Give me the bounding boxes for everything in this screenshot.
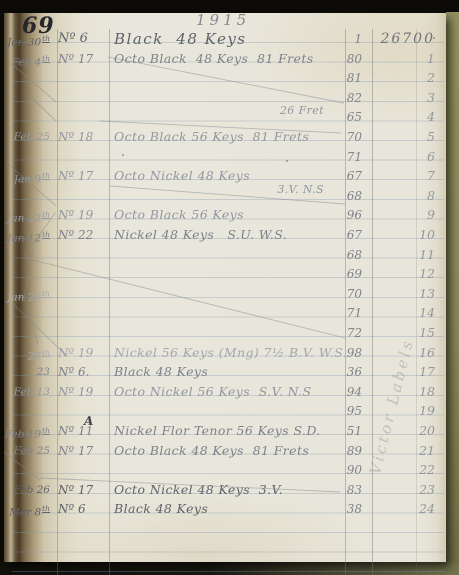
entry-date <box>4 187 52 207</box>
quantity-value: 72 <box>340 324 367 344</box>
entry-date <box>4 402 52 422</box>
quantity-value: 68 <box>340 246 367 266</box>
model-number <box>54 148 104 168</box>
serial-value: 23 <box>367 481 440 501</box>
entry-date: 25th <box>4 344 52 364</box>
entry-date <box>4 89 52 109</box>
quantity-value: 65 <box>340 108 367 128</box>
date-ordinal: th <box>42 426 50 435</box>
model-number <box>54 69 104 89</box>
quantity-value: 80 <box>340 50 367 70</box>
quantity-value: 67 <box>340 167 367 187</box>
model-number <box>54 402 104 422</box>
entry-date <box>4 461 52 481</box>
model-number <box>54 461 104 481</box>
ledger-row: Jan 29th 70 13 <box>4 285 442 305</box>
model-number: Nº 6 <box>54 30 104 50</box>
entry-date <box>4 265 52 285</box>
entry-date <box>4 148 52 168</box>
model-number: Nº 17 <box>54 481 104 501</box>
quantity-value: 51 <box>340 422 367 442</box>
entry-description: Octo Nickel 48 Keys 3.V. <box>104 481 340 501</box>
entry-date: Jan 30th <box>4 30 52 50</box>
model-number: Nº 6. <box>54 363 104 383</box>
entry-description <box>104 304 340 324</box>
serial-value: 26700 <box>367 30 440 50</box>
quantity-value: 71 <box>340 148 367 168</box>
model-number: Nº 6 <box>54 500 104 520</box>
entry-description: Octo Black 48 Keys 81 Frets <box>104 442 340 462</box>
ledger-row: Jan 30th Nº 6 Black 48 Keys 1 26700 <box>4 30 442 50</box>
model-number: Nº 17 <box>54 50 104 70</box>
ledger-row: Jan 12th Nº 19 Octo Black 56 Keys 96 9 <box>4 206 442 226</box>
entry-date: Jan 29th <box>4 285 52 305</box>
serial-value: 3 <box>367 89 440 109</box>
model-number <box>54 285 104 305</box>
entry-date <box>4 324 52 344</box>
model-number <box>54 187 104 207</box>
entry-description: Black 48 Keys <box>104 30 340 50</box>
date-ordinal: th <box>42 210 50 219</box>
entry-description <box>104 285 340 305</box>
entry-date <box>4 304 52 324</box>
ledger-row: 23 Nº 6. Black 48 Keys 36 17 <box>4 363 442 383</box>
model-number <box>54 89 104 109</box>
serial-value: 7 <box>367 167 440 187</box>
entry-date <box>4 108 52 128</box>
entry-date: Feb 19th <box>4 422 52 442</box>
quantity-value: 69 <box>340 265 367 285</box>
entry-description <box>104 461 340 481</box>
serial-value: 6 <box>367 148 440 168</box>
date-ordinal: th <box>42 34 50 43</box>
entry-description <box>104 148 340 168</box>
date-ordinal: th <box>42 54 50 63</box>
model-number: Nº 19 <box>54 206 104 226</box>
entry-date: Feb 25 <box>4 442 52 462</box>
serial-value: 2 <box>367 69 440 89</box>
serial-value: 8 <box>367 187 440 207</box>
date-ordinal: th <box>42 230 50 239</box>
ledger-row: 81 2 <box>4 69 442 89</box>
entry-date: Feb 26 <box>4 481 52 501</box>
insertion-mark: A <box>84 412 93 430</box>
entry-date: 23 <box>4 363 52 383</box>
entry-description: 26 Fret <box>104 108 340 128</box>
quantity-value: 89 <box>340 442 367 462</box>
entry-date: Mar 8th <box>4 500 52 520</box>
entry-date: Feb 13 <box>4 383 52 403</box>
serial-value: 4 <box>367 108 440 128</box>
ledger-row: Feb 13 Nº 19 Octo Nickel 56 Keys S.V. N.… <box>4 383 442 403</box>
entry-description: Nickel Flor Tenor 56 Keys S.D. <box>104 422 340 442</box>
ledger-row: 68 11 <box>4 246 442 266</box>
model-number <box>54 324 104 344</box>
quantity-value: 94 <box>340 383 367 403</box>
entry-date: Jan 9th <box>4 167 52 187</box>
serial-value: 9 <box>367 206 440 226</box>
entry-description <box>104 69 340 89</box>
entry-description: Octo Nickel 56 Keys S.V. N.S <box>104 383 340 403</box>
entry-description <box>104 246 340 266</box>
ledger-row: Jan 9th Nº 17 Octo Nickel 48 Keys 67 7 <box>4 167 442 187</box>
serial-value: 1 <box>367 50 440 70</box>
ledger-row: Feb 25 Nº 18 Octo Black 56 Keys 81 Frets… <box>4 128 442 148</box>
ledger-row: Mar 8th Nº 6 Black 48 Keys 38 24 <box>4 500 442 520</box>
model-number: Nº 17 <box>54 442 104 462</box>
entry-date: Jan 12th <box>4 226 52 246</box>
entry-description: Octo Black 48 Keys 81 Frets <box>104 50 340 70</box>
serial-value: 19 <box>367 402 440 422</box>
ledger-row: 95 19 <box>4 402 442 422</box>
quantity-value: 68 <box>340 187 367 207</box>
entry-date: Feb 4th <box>4 50 52 70</box>
ledger-row: 71 14 <box>4 304 442 324</box>
ledger-row: 3.V. N.S 68 8 <box>4 187 442 207</box>
entry-description: Black 48 Keys <box>104 500 340 520</box>
entry-description: Octo Black 56 Keys <box>104 206 340 226</box>
quantity-value: 70 <box>340 285 367 305</box>
model-number: Nº 19 <box>54 344 104 364</box>
entry-description: Black 48 Keys <box>104 363 340 383</box>
date-ordinal: th <box>42 348 50 357</box>
date-ordinal: th <box>42 289 50 298</box>
entry-description <box>104 324 340 344</box>
quantity-value: 82 <box>340 89 367 109</box>
quantity-value: 98 <box>340 344 367 364</box>
entry-description: Nickel 48 Keys S.U. W.S. <box>104 226 340 246</box>
quantity-value: 83 <box>340 481 367 501</box>
ledger-row: 26 Fret 65 4 <box>4 108 442 128</box>
entry-description <box>104 265 340 285</box>
quantity-value: 1 <box>340 30 367 50</box>
model-number <box>54 304 104 324</box>
entry-description: Octo Black 56 Keys 81 Frets <box>104 128 340 148</box>
quantity-value: 36 <box>340 363 367 383</box>
ledger-photo: 69 1915 Jan 30th Nº 6 Black 48 Keys 1 26… <box>0 0 459 575</box>
entry-note: 3.V. N.S <box>277 181 324 199</box>
quantity-value: 38 <box>340 500 367 520</box>
ledger-row: 82 3 <box>4 89 442 109</box>
ledger-row: Jan 12th Nº 22 Nickel 48 Keys S.U. W.S. … <box>4 226 442 246</box>
ledger-row: 69 12 <box>4 265 442 285</box>
serial-value: 24 <box>367 500 440 520</box>
date-ordinal: th <box>42 171 50 180</box>
entry-description: 3.V. N.S <box>104 187 340 207</box>
ledger-row: 72 15 <box>4 324 442 344</box>
serial-value: 5 <box>367 128 440 148</box>
model-number: Nº 19 <box>54 383 104 403</box>
model-number: Nº 17 <box>54 167 104 187</box>
ledger-row: Feb 26 Nº 17 Octo Nickel 48 Keys 3.V. 83… <box>4 481 442 501</box>
book-cover-right-edge <box>446 12 459 575</box>
quantity-value: 90 <box>340 461 367 481</box>
quantity-value: 71 <box>340 304 367 324</box>
ledger-row: 25th Nº 19 Nickel 56 Keys (Mng) 7½ B.V. … <box>4 344 442 364</box>
entry-note: 26 Fret <box>280 102 324 120</box>
entry-date <box>4 246 52 266</box>
quantity-value: 81 <box>340 69 367 89</box>
quantity-value: 96 <box>340 206 367 226</box>
quantity-value: 95 <box>340 402 367 422</box>
ledger-row: Feb 4th Nº 17 Octo Black 48 Keys 81 Fret… <box>4 50 442 70</box>
entry-description: Nickel 56 Keys (Mng) 7½ B.V. W.S. <box>104 344 340 364</box>
entry-date <box>4 69 52 89</box>
model-number: Nº 22 <box>54 226 104 246</box>
model-number: Nº 18 <box>54 128 104 148</box>
quantity-value: 70 <box>340 128 367 148</box>
model-number <box>54 246 104 266</box>
date-ordinal: th <box>42 504 50 513</box>
model-number <box>54 108 104 128</box>
ledger-row: 71 6 <box>4 148 442 168</box>
model-number: Nº 11A <box>54 422 104 442</box>
entry-date: Feb 25 <box>4 128 52 148</box>
quantity-value: 67 <box>340 226 367 246</box>
entry-description <box>104 402 340 422</box>
entry-date: Jan 12th <box>4 206 52 226</box>
year-heading: 1915 <box>196 11 250 29</box>
model-number <box>54 265 104 285</box>
